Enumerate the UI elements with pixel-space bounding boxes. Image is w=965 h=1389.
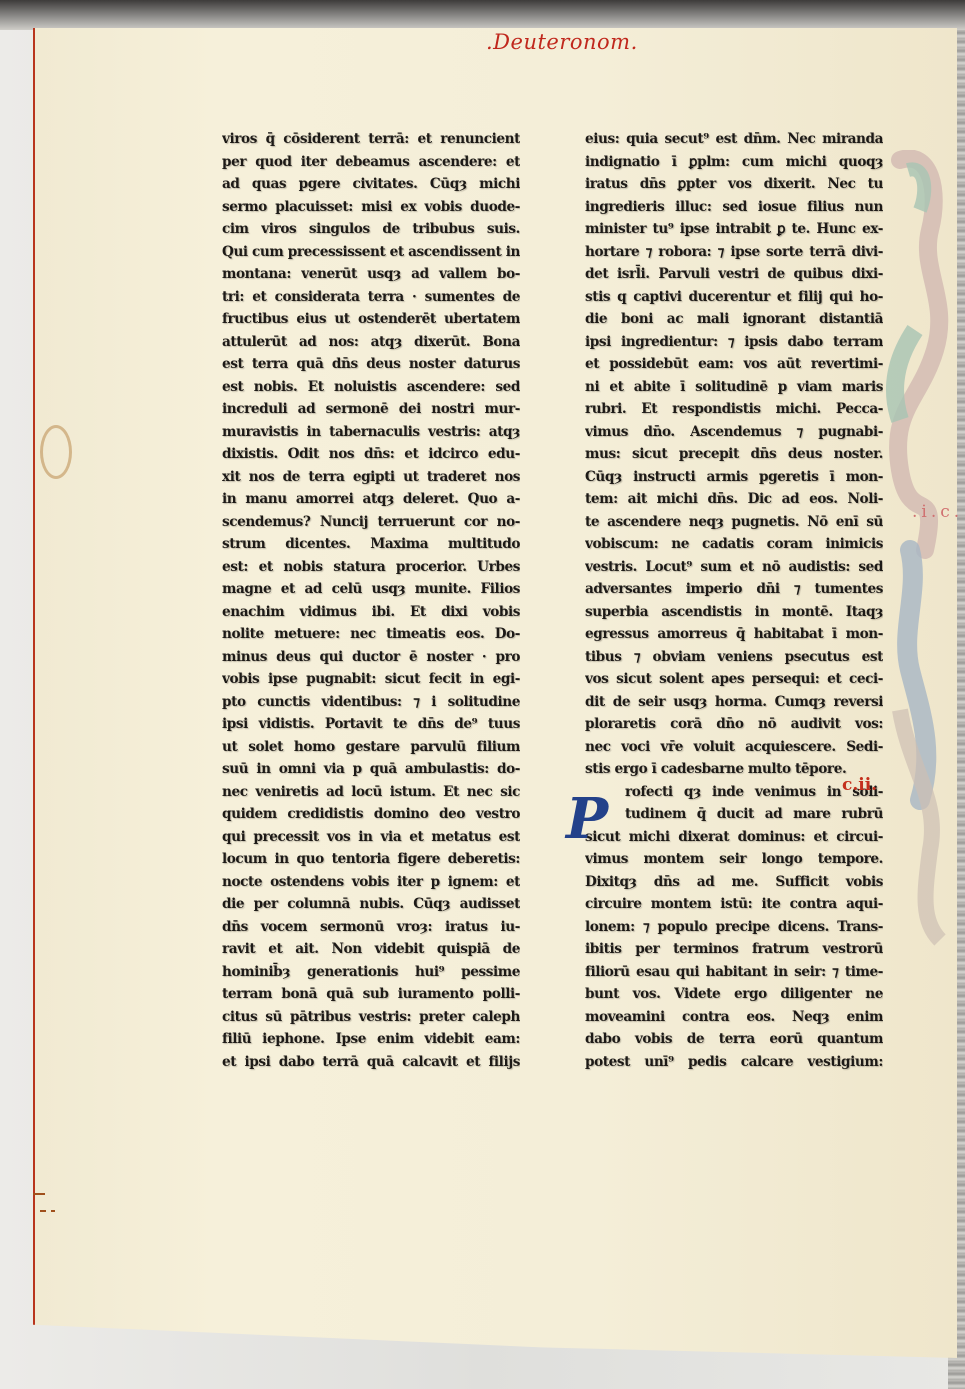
text-line: moveamini contra eos. Neqȝ enim — [585, 1006, 883, 1029]
text-line: ingredieris illuc: sed iosue filius nun — [585, 196, 883, 219]
text-line: tudinem q̄ ducit ad mare rubrū — [585, 803, 883, 826]
text-line: nec veniretis ad locū istum. Et nec sic — [222, 781, 520, 804]
text-line: ni et abite ī solitudinē p viam maris — [585, 376, 883, 399]
text-line: citus sū pātribus vestris: preter caleph — [222, 1006, 520, 1029]
text-line: nec voci vr̄e voluit acquiescere. Sedi- — [585, 736, 883, 759]
text-line: sicut michi dixerat dominus: et circui- — [585, 826, 883, 849]
text-line: vestris. Locut⁹ sum et nō audistis: sed — [585, 556, 883, 579]
text-line: ibitis per terminos fratrum vestrorū — [585, 938, 883, 961]
text-line: egressus amorreus q̄ habitabat ī mon- — [585, 623, 883, 646]
text-line: hortare ⁊ robora: ⁊ ipse sorte terrā div… — [585, 241, 883, 264]
text-line: Cūqȝ instructi armis pgeretis ī mon- — [585, 466, 883, 489]
text-line: dn̄s vocem sermonū vroȝ: iratus iu- — [222, 916, 520, 939]
text-line: est nobis. Et noluistis ascendere: sed — [222, 376, 520, 399]
text-line: ipsi ingredientur: ⁊ ipsis dabo terram — [585, 331, 883, 354]
text-line: locum in quo tentoria figere deberetis: — [222, 848, 520, 871]
text-line: et possidebūt eam: vos aūt revertimi- — [585, 353, 883, 376]
text-line: superbia ascendistis in montē. Itaqȝ — [585, 601, 883, 624]
text-line: die per columnā nubis. Cūqȝ audisset — [222, 893, 520, 916]
decorated-initial: P — [566, 793, 620, 845]
text-line: vobiscum: ne cadatis coram inimicis — [585, 533, 883, 556]
text-line: tri: et considerata terra · sumentes de — [222, 286, 520, 309]
text-line: muravistis in tabernaculis vestris: atqȝ — [222, 421, 520, 444]
text-line: tem: ait michi dn̄s. Dic ad eos. Noli- — [585, 488, 883, 511]
text-line: increduli ad sermonē dei nostri mur- — [222, 398, 520, 421]
text-line: ravit et ait. Non videbit quispiā de — [222, 938, 520, 961]
text-line: attulerūt ad nos: atqȝ dixerūt. Bona — [222, 331, 520, 354]
text-line: adversantes imperio dn̄i ⁊ tumentes — [585, 578, 883, 601]
text-line: filiorū esau qui habitant in seir: ⁊ tim… — [585, 961, 883, 984]
text-line: vimus montem seir longo tempore. — [585, 848, 883, 871]
running-head: .Deuteronom. — [486, 30, 638, 54]
text-line: nocte ostendens vobis iter p ignem: et — [222, 871, 520, 894]
text-line: per quod iter debeamus ascendere: et — [222, 151, 520, 174]
text-line: filiū iephone. Ipse enim videbit eam: — [222, 1028, 520, 1051]
text-line: te ascendere neqȝ pugnetis. Nō enī sū — [585, 511, 883, 534]
margin-annotation: .i.c. — [912, 502, 963, 522]
text-column-left: viros q̄ cōsiderent terrā: et renuncient… — [222, 128, 520, 1073]
text-line: strum dicentes. Maxima multitudo — [222, 533, 520, 556]
text-line: nolite metuere: nec timeatis eos. Do- — [222, 623, 520, 646]
text-line: fructibus eius ut ostenderēt ubertatem — [222, 308, 520, 331]
text-line: mus: sicut precepit dn̄s deus noster. — [585, 443, 883, 466]
text-line: qui precessit vos in via et metatus est — [222, 826, 520, 849]
text-line: Dixitqȝ dn̄s ad me. Sufficit vobis — [585, 871, 883, 894]
text-line: tibus ⁊ obviam veniens psecutus est — [585, 646, 883, 669]
text-line: vobis ipse pugnabit: sicut fecit in egi- — [222, 668, 520, 691]
text-line: pto cunctis videntibus: ⁊ i solitudine — [222, 691, 520, 714]
text-line: est terra quā dn̄s deus noster daturus — [222, 353, 520, 376]
text-line: stis q captivi ducerentur et filij qui h… — [585, 286, 883, 309]
text-line: potest unī⁹ pedis calcare vestigium: — [585, 1051, 883, 1074]
text-line: viros q̄ cōsiderent terrā: et renuncient — [222, 128, 520, 151]
text-line: enachim vidimus ibi. Et dixi vobis — [222, 601, 520, 624]
text-line: sermo placuisset: misi ex vobis duode- — [222, 196, 520, 219]
text-line: magne et ad celū usqȝ munite. Filios — [222, 578, 520, 601]
text-line: terram bonā quā sub iuramento polli- — [222, 983, 520, 1006]
text-line: scendemus? Nuncij terruerunt cor no- — [222, 511, 520, 534]
text-line: dabo vobis de terra eorū quantum — [585, 1028, 883, 1051]
text-line: ploraretis corā dn̄o nō audivit vos: — [585, 713, 883, 736]
chapter-number-rubric: c.ii. — [842, 775, 877, 795]
text-line: cim viros singulos de tribubus suis. — [222, 218, 520, 241]
text-line: iratus dn̄s ꝑpter vos dixerit. Nec tu — [585, 173, 883, 196]
text-line: ipsi vidistis. Portavit te dn̄s de⁹ tuus — [222, 713, 520, 736]
text-line: Qui cum precessissent et ascendissent in — [222, 241, 520, 264]
text-line: die boni ac mali ignorant distantiā — [585, 308, 883, 331]
text-line: rubri. Et respondistis michi. Pecca- — [585, 398, 883, 421]
text-line: vimus dn̄o. Ascendemus ⁊ pugnabi- — [585, 421, 883, 444]
text-line: rofecti qȝ inde venimus in soli- — [585, 781, 883, 804]
text-line: hominib̄ȝ generationis hui⁹ pessime — [222, 961, 520, 984]
text-line: dit de seir usqȝ horma. Cumqȝ reversi — [585, 691, 883, 714]
text-line: xit nos de terra egipti ut traderet nos — [222, 466, 520, 489]
text-line: et ipsi dabo terrā quā calcavit et filij… — [222, 1051, 520, 1074]
text-line: in manu amorrei atqȝ deleret. Quo a- — [222, 488, 520, 511]
text-line: quidem credidistis domino deo vestro — [222, 803, 520, 826]
foxing-stain — [40, 425, 72, 479]
text-line: circuire montem istū: ite contra aqui- — [585, 893, 883, 916]
text-line: det isrl̄i. Parvuli vestri de quibus dix… — [585, 263, 883, 286]
text-line: minus deus qui ductor ē noster · pro — [222, 646, 520, 669]
prick-mark — [51, 1210, 55, 1212]
text-line: ad quas pgere civitates. Cūqȝ michi — [222, 173, 520, 196]
text-line: est: et nobis statura procerior. Urbes — [222, 556, 520, 579]
text-line: stis ergo ī cadesbarne multo tēpore. — [585, 758, 883, 781]
text-line: montana: venerūt usqȝ ad vallem bo- — [222, 263, 520, 286]
text-line: ut solet homo gestare parvulū filium — [222, 736, 520, 759]
scan-top-edge-shadow — [0, 0, 965, 30]
text-line: suū in omni via p quā ambulastis: do- — [222, 758, 520, 781]
text-line: bunt vos. Videte ergo diligenter ne — [585, 983, 883, 1006]
text-line: eius: quia secut⁹ est dn̄m. Nec miranda — [585, 128, 883, 151]
prick-mark — [33, 1193, 45, 1195]
prick-mark — [40, 1210, 46, 1212]
text-line: minister tu⁹ ipse intrabit ꝑ te. Hunc ex… — [585, 218, 883, 241]
text-line: indignatio ī ꝑplm: cum michi quoqȝ — [585, 151, 883, 174]
text-line: lonem: ⁊ populo precipe dicens. Trans- — [585, 916, 883, 939]
text-line: dixistis. Odit nos dn̄s: et idcirco edu- — [222, 443, 520, 466]
text-line: vos sicut solent apes persequi: et ceci- — [585, 668, 883, 691]
marginal-floral-decoration-icon — [880, 150, 950, 950]
text-column-right: eius: quia secut⁹ est dn̄m. Nec miranda … — [585, 128, 883, 1073]
